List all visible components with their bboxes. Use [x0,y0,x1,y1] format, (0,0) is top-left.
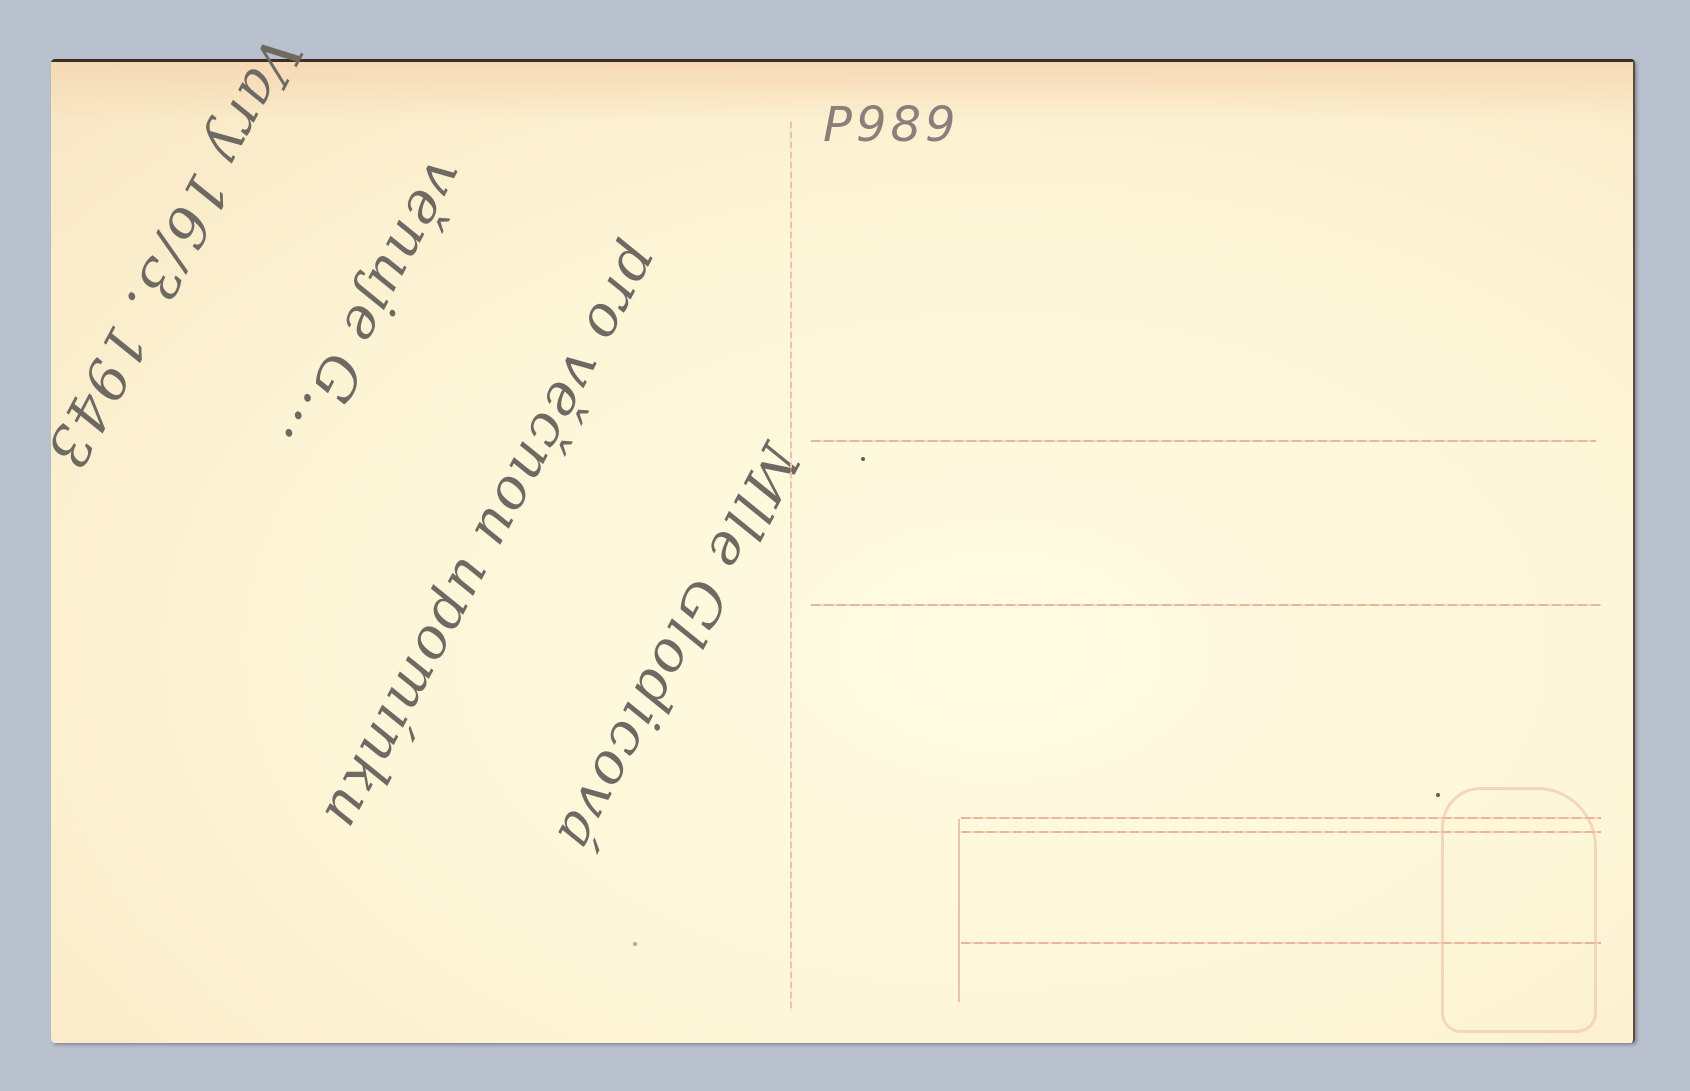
rust-speck [633,942,637,946]
ink-speck [861,457,865,461]
reference-code: P989 [823,97,960,153]
postcard-back: P989 Mlle Glodicová pro věčnou upomínku … [51,59,1635,1043]
address-line-1 [811,440,1596,442]
address-line-2 [811,604,1601,606]
publisher-emboss-mark [1441,787,1597,1033]
inscription-line-1: Mlle Glodicová [543,432,813,862]
ink-speck [1436,793,1440,797]
inscription-line-3: věnuje G... [269,149,478,465]
center-divider-line [790,122,792,1012]
stamp-area-line [958,819,960,1002]
inscription-line-4: Vary 16/3. 1943 [32,26,314,479]
handwritten-inscription: Mlle Glodicová pro věčnou upomínku věnuj… [91,72,751,772]
